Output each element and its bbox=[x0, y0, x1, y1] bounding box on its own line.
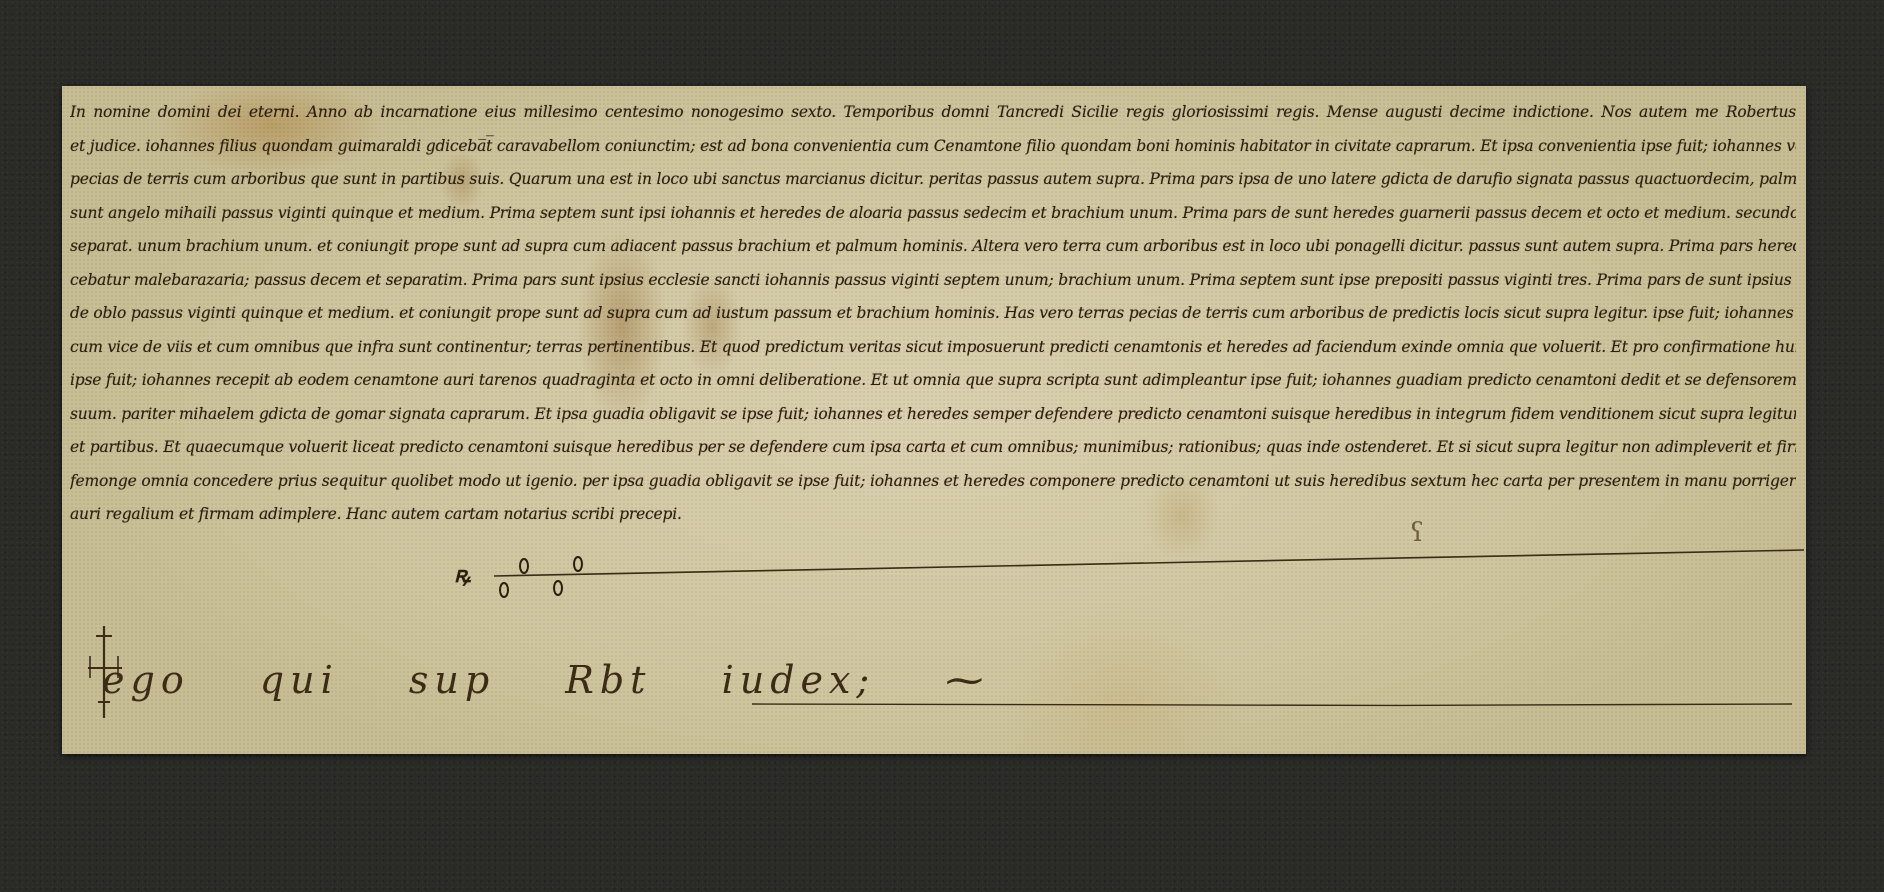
text-line: suum. pariter mihaelem gdicta de gomar s… bbox=[70, 398, 1796, 432]
text-line: sunt angelo mihaili passus viginti quinq… bbox=[70, 197, 1796, 231]
text-line: In nomine domini dei eterni. Anno ab inc… bbox=[70, 96, 1796, 130]
margin-notation: ʕ bbox=[1410, 518, 1424, 548]
charter-text: In nomine domini dei eterni. Anno ab inc… bbox=[70, 96, 1796, 532]
notarial-flourish-icon bbox=[454, 548, 1814, 608]
text-line: ipse fuit; iohannes recepit ab eodem cen… bbox=[70, 364, 1796, 398]
text-line: cebatur malebarazaria; passus decem et s… bbox=[70, 264, 1796, 298]
text-line: cum vice de viis et cum omnibus que infr… bbox=[70, 331, 1796, 365]
text-line: separat. unum brachium unum. et coniungi… bbox=[70, 230, 1796, 264]
parchment-charter: In nomine domini dei eterni. Anno ab inc… bbox=[62, 86, 1806, 754]
text-line: femonge omnia concedere prius sequitur q… bbox=[70, 465, 1796, 499]
judge-signature: ego qui sup Rbt iudex; ⁓ bbox=[62, 616, 962, 736]
signature-word: Rbt bbox=[565, 658, 651, 702]
image-viewer: In nomine domini dei eterni. Anno ab inc… bbox=[0, 0, 1884, 892]
text-line: pecias de terris cum arboribus que sunt … bbox=[70, 163, 1796, 197]
signature-word: qui bbox=[260, 658, 339, 702]
text-line: et partibus. Et quaecumque voluerit lice… bbox=[70, 431, 1796, 465]
text-line: et judice. iohannes filius quondam guima… bbox=[70, 130, 1796, 164]
signature-underline-icon bbox=[752, 676, 1792, 716]
signature-word: sup bbox=[409, 658, 495, 702]
text-line: de oblo passus viginti quinque et medium… bbox=[70, 297, 1796, 331]
text-line-final: auri regalium et firmam adimplere. Hanc … bbox=[70, 498, 1796, 532]
signature-word: ego bbox=[102, 658, 190, 702]
